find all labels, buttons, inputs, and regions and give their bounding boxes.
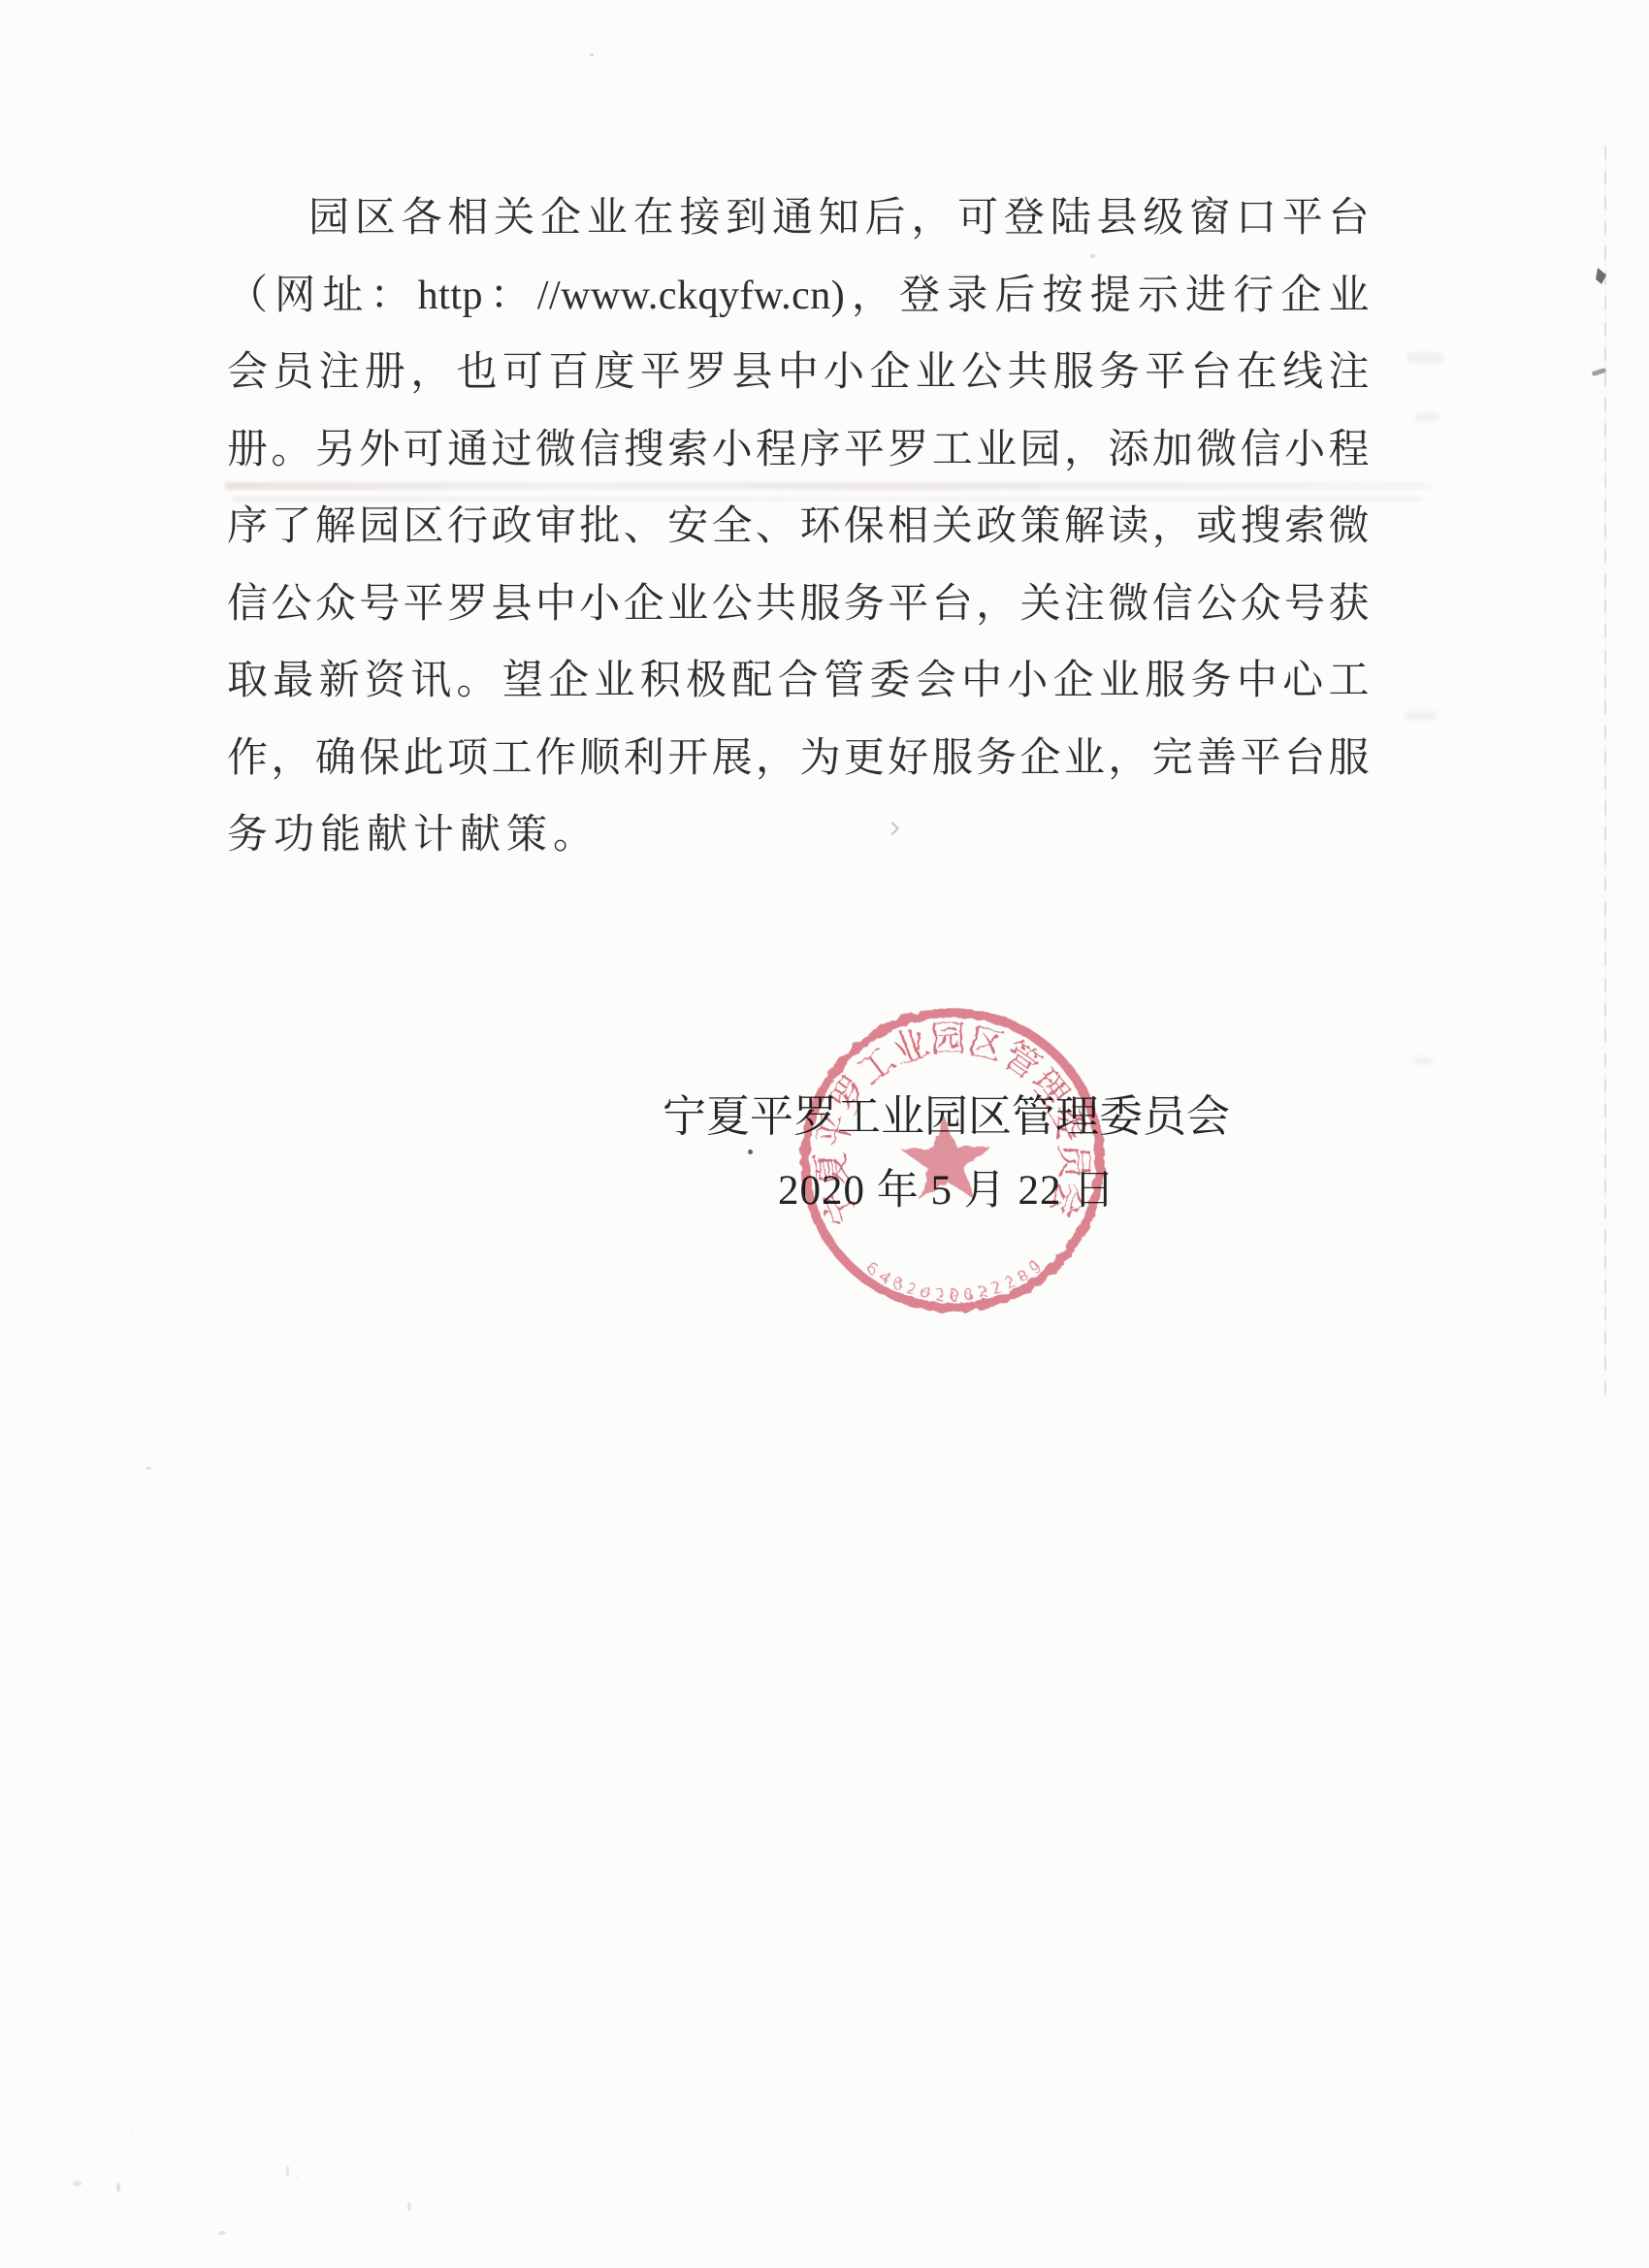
body-line: 会员注册，也可百度平罗县中小企业公共服务平台在线注: [227, 335, 1370, 412]
scan-speck: [1596, 268, 1606, 284]
body-line: 序了解园区行政审批、安全、环保相关政策解读，或搜索微: [227, 489, 1370, 567]
body-line: 作，确保此项工作顺利开展，为更好服务企业，完善平台服: [227, 721, 1370, 798]
scan-smudge: [1406, 353, 1443, 363]
scan-speck: [748, 1150, 753, 1154]
seal-code-label: 6402020022289: [862, 1253, 1045, 1309]
scan-smudge: [1411, 1057, 1433, 1064]
scan-fleck: [286, 2165, 289, 2177]
official-seal: 宁夏平罗工业园区管理委员会 6402020022289: [788, 995, 1117, 1325]
body-line: （网址：http：//www.ckqyfw.cn)，登录后按提示进行企业: [227, 258, 1370, 336]
scan-smudge: [1414, 413, 1439, 421]
body-line: 园区各相关企业在接到通知后，可登陆县级窗口平台: [227, 180, 1370, 258]
scan-fleck: [590, 53, 594, 56]
star-icon: [900, 1115, 991, 1202]
scan-fleck: [218, 2231, 226, 2235]
notice-paragraph: 园区各相关企业在接到通知后，可登陆县级窗口平台 （网址：http：//www.c…: [227, 180, 1370, 875]
body-line: 册。另外可通过微信搜索小程序平罗工业园，添加微信小程: [227, 412, 1370, 490]
scan-speck: [1592, 368, 1607, 376]
scan-fleck: [145, 1467, 151, 1470]
body-line: 取最新资讯。望企业积极配合管委会中小企业服务中心工: [227, 643, 1370, 721]
body-line: 信公众号平罗县中小企业公共服务平台，关注微信公众号获: [227, 567, 1370, 644]
scan-smudge: [1405, 711, 1438, 720]
scan-vertical-streak: [1604, 146, 1606, 1402]
seal-code-text: 6402020022289: [862, 1253, 1045, 1309]
scan-fleck: [116, 2183, 120, 2192]
scan-fleck: [407, 2202, 411, 2211]
scan-fleck: [73, 2181, 81, 2187]
body-line: 务功能献计献策。: [227, 797, 1370, 875]
scanned-notice-page: 园区各相关企业在接到通知后，可登陆县级窗口平台 （网址：http：//www.c…: [0, 0, 1649, 2268]
